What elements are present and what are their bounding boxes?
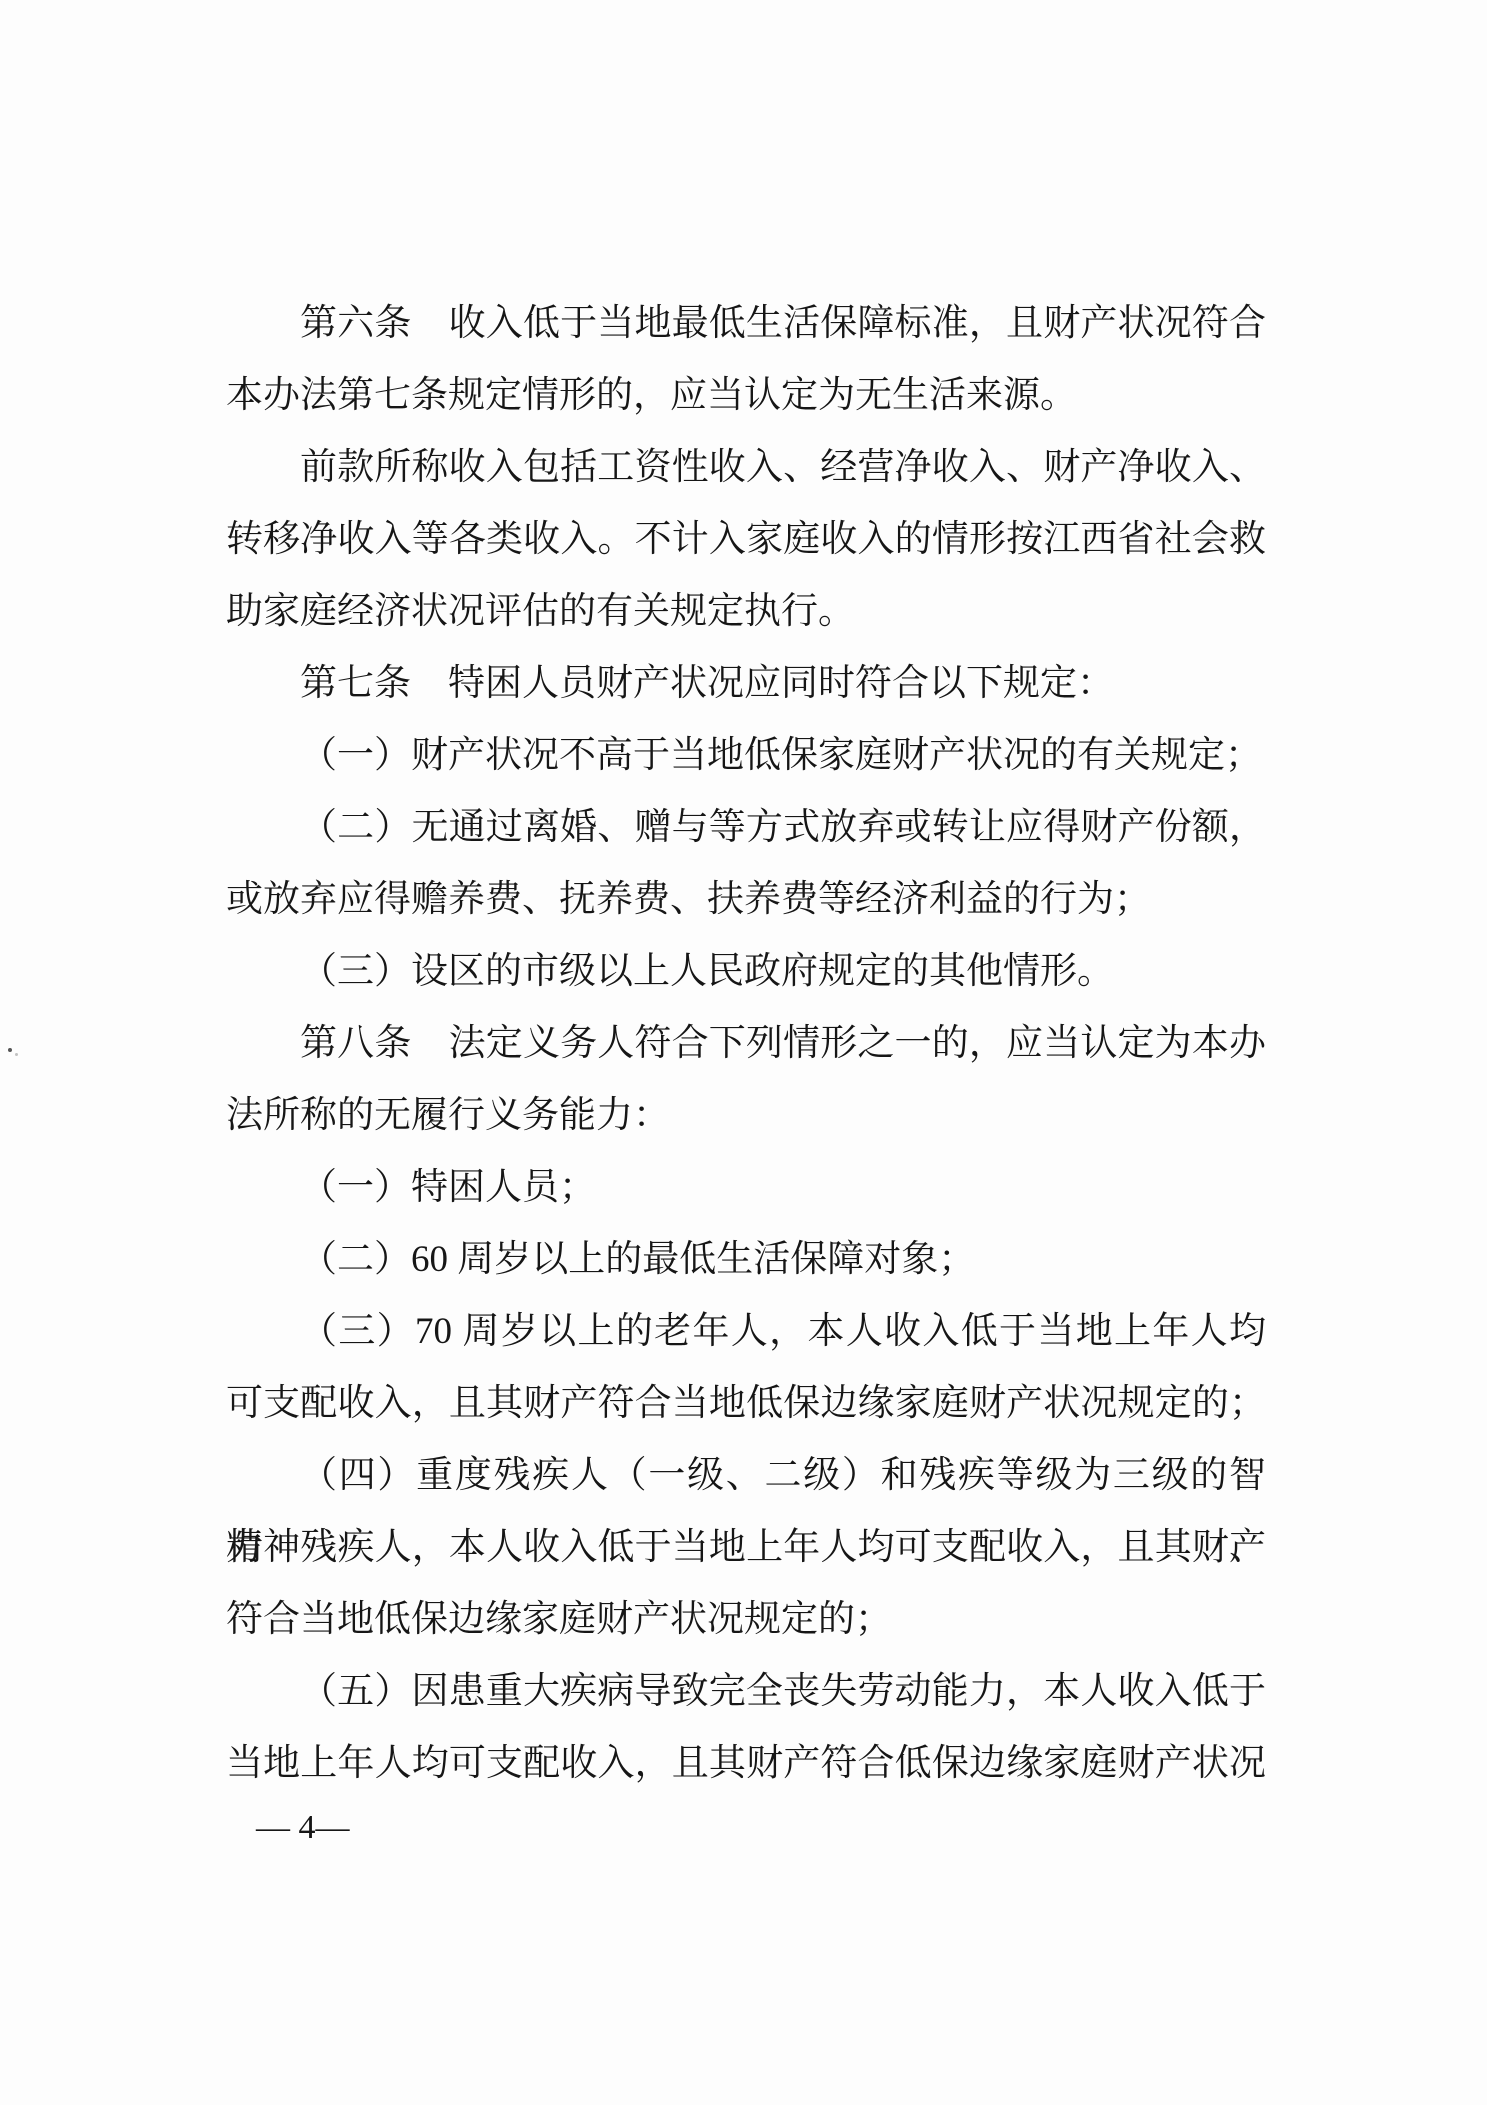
text-line: 转移净收入等各类收入。不计入家庭收入的情形按江西省社会救	[226, 504, 1266, 576]
text-line: （三）70 周岁以上的老年人，本人收入低于当地上年人均	[226, 1296, 1266, 1368]
text-line: 助家庭经济状况评估的有关规定执行。	[226, 576, 1266, 648]
text-line: 第六条 收入低于当地最低生活保障标准，且财产状况符合	[226, 288, 1266, 360]
text-line: 或放弃应得赡养费、抚养费、扶养费等经济利益的行为；	[226, 864, 1266, 936]
document-page: 第六条 收入低于当地最低生活保障标准，且财产状况符合本办法第七条规定情形的，应当…	[0, 0, 1487, 2105]
text-line: （四）重度残疾人（一级、二级）和残疾等级为三级的智力、	[226, 1440, 1266, 1512]
text-line: （一）特困人员；	[226, 1152, 1266, 1224]
text-line: （三）设区的市级以上人民政府规定的其他情形。	[226, 936, 1266, 1008]
text-line: 可支配收入，且其财产符合当地低保边缘家庭财产状况规定的；	[226, 1368, 1266, 1440]
text-line: 第八条 法定义务人符合下列情形之一的，应当认定为本办	[226, 1008, 1266, 1080]
text-line: （二）60 周岁以上的最低生活保障对象；	[226, 1224, 1266, 1296]
text-line: 法所称的无履行义务能力：	[226, 1080, 1266, 1152]
text-line: 本办法第七条规定情形的，应当认定为无生活来源。	[226, 360, 1266, 432]
text-line: （二）无通过离婚、赠与等方式放弃或转让应得财产份额，	[226, 792, 1266, 864]
scan-artifact-dot-faint	[15, 1053, 18, 1056]
text-line: 当地上年人均可支配收入，且其财产符合低保边缘家庭财产状况	[226, 1728, 1266, 1800]
text-line: 符合当地低保边缘家庭财产状况规定的；	[226, 1584, 1266, 1656]
text-line: （五）因患重大疾病导致完全丧失劳动能力，本人收入低于	[226, 1656, 1266, 1728]
text-block: 第六条 收入低于当地最低生活保障标准，且财产状况符合本办法第七条规定情形的，应当…	[226, 288, 1266, 1800]
scan-artifact-dot	[8, 1048, 12, 1052]
text-line: 第七条 特困人员财产状况应同时符合以下规定：	[226, 648, 1266, 720]
text-line: 前款所称收入包括工资性收入、经营净收入、财产净收入、	[226, 432, 1266, 504]
page-number: — 4—	[256, 1806, 350, 1850]
text-line: 精神残疾人，本人收入低于当地上年人均可支配收入，且其财产	[226, 1512, 1266, 1584]
text-line: （一）财产状况不高于当地低保家庭财产状况的有关规定；	[226, 720, 1266, 792]
